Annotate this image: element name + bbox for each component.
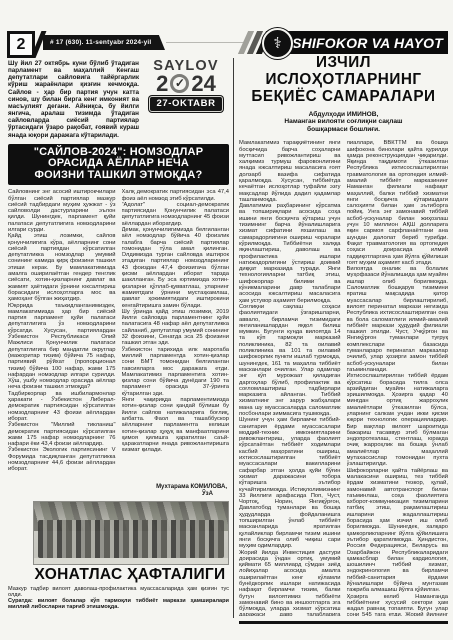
column-divider (233, 58, 234, 618)
right-section: ИЗЧИЛ ИСЛОҲОТЛАРНИНГ БЕҚИЁС САМАРАЛАРИ А… (239, 54, 448, 616)
photo-caption-text: Мазкур тадбир вилоят даволаш-профилактик… (8, 586, 229, 598)
newspaper-page: 2 # 17 (630). 11-sentyabr 2024-yil ⚕ SHI… (0, 0, 453, 640)
right-article-column-2: лиаллари, ВВКТТМ ва бошқа шифокона бинол… (347, 140, 449, 616)
saylov-year-left: 2 (156, 73, 168, 94)
bowl-of-hygieia-icon: ⚕ (262, 28, 293, 59)
left-article-column-2-text: Халқ демократик партиясидан эса 47,4 фои… (122, 189, 230, 482)
article-signature: Мухтарама КОМИЛОВА, ЎзА (122, 484, 230, 497)
photo-feature-title: ХОНАТЛАС ҲАФТАЛИГИ (33, 567, 227, 584)
right-article-byline: Абдулҳоди ИМИНОВ, Наманган вилояти соғли… (239, 111, 448, 133)
saylov-year-right: 24 (191, 73, 215, 94)
issue-info: # 17 (630). 11-sentyabr 2024-yil (43, 35, 165, 50)
right-article-body: Мамлакатимиз тараққиётининг янги босқичи… (239, 140, 448, 616)
left-article-body: Сайловнинг энг асосий иштирокчилари бўлг… (8, 189, 229, 497)
byline-author: Абдулҳоди ИМИНОВ, (239, 111, 448, 118)
photo-ground (34, 558, 228, 564)
photo-caption: Мазкур тадбир вилоят даволаш-профилактик… (8, 586, 229, 611)
photo-people-row (38, 520, 224, 558)
masthead-title: SHIFOKOR VA HAYOT (292, 35, 443, 51)
right-article-column-1: Мамлакатимиз тараққиётининг янги босқичи… (239, 140, 341, 616)
signature-org: ЎзА (122, 491, 228, 498)
election-intro: SAYLOV 2 ✓ 24 27-OKTABR Шу йил 27 октябр… (8, 60, 229, 139)
group-photo (33, 501, 229, 565)
left-section: SAYLOV 2 ✓ 24 27-OKTABR Шу йил 27 октябр… (8, 60, 229, 611)
masthead-banner: SHIFOKOR VA HAYOT (274, 31, 448, 54)
saylov-2024-logo: SAYLOV 2 ✓ 24 27-OKTABR (143, 60, 229, 124)
header-rule (166, 42, 244, 43)
byline-role-line2: бошқармаси бошлиғи. (239, 126, 448, 133)
right-article-title: ИЗЧИЛ ИСЛОҲОТЛАРНИНГ БЕҚИЁС САМАРАЛАРИ (239, 54, 448, 105)
photo-caption-bold: Суратда: вилоят болалар кўп тармоқли тиб… (8, 598, 229, 610)
signature-name: Мухтарама КОМИЛОВА, (122, 484, 228, 491)
left-article-column-2: Халқ демократик партиясидан эса 47,4 фои… (122, 189, 230, 497)
left-article-column-1: Сайловнинг энг асосий иштирокчилари бўлг… (8, 189, 116, 497)
left-article-title: "САЙЛОВ-2024": НОМЗОДЛАР ОРАСИДА АЁЛЛАР … (8, 144, 229, 186)
saylov-logo-year: 2 ✓ 24 (156, 73, 216, 94)
saylov-date-badge: 27-OKTABR (149, 96, 222, 112)
checkmark-icon: ✓ (170, 74, 189, 93)
article-end-rule (239, 621, 448, 624)
byline-role-line1: Наманган вилояти соғлиқни сақлаш (239, 118, 448, 125)
